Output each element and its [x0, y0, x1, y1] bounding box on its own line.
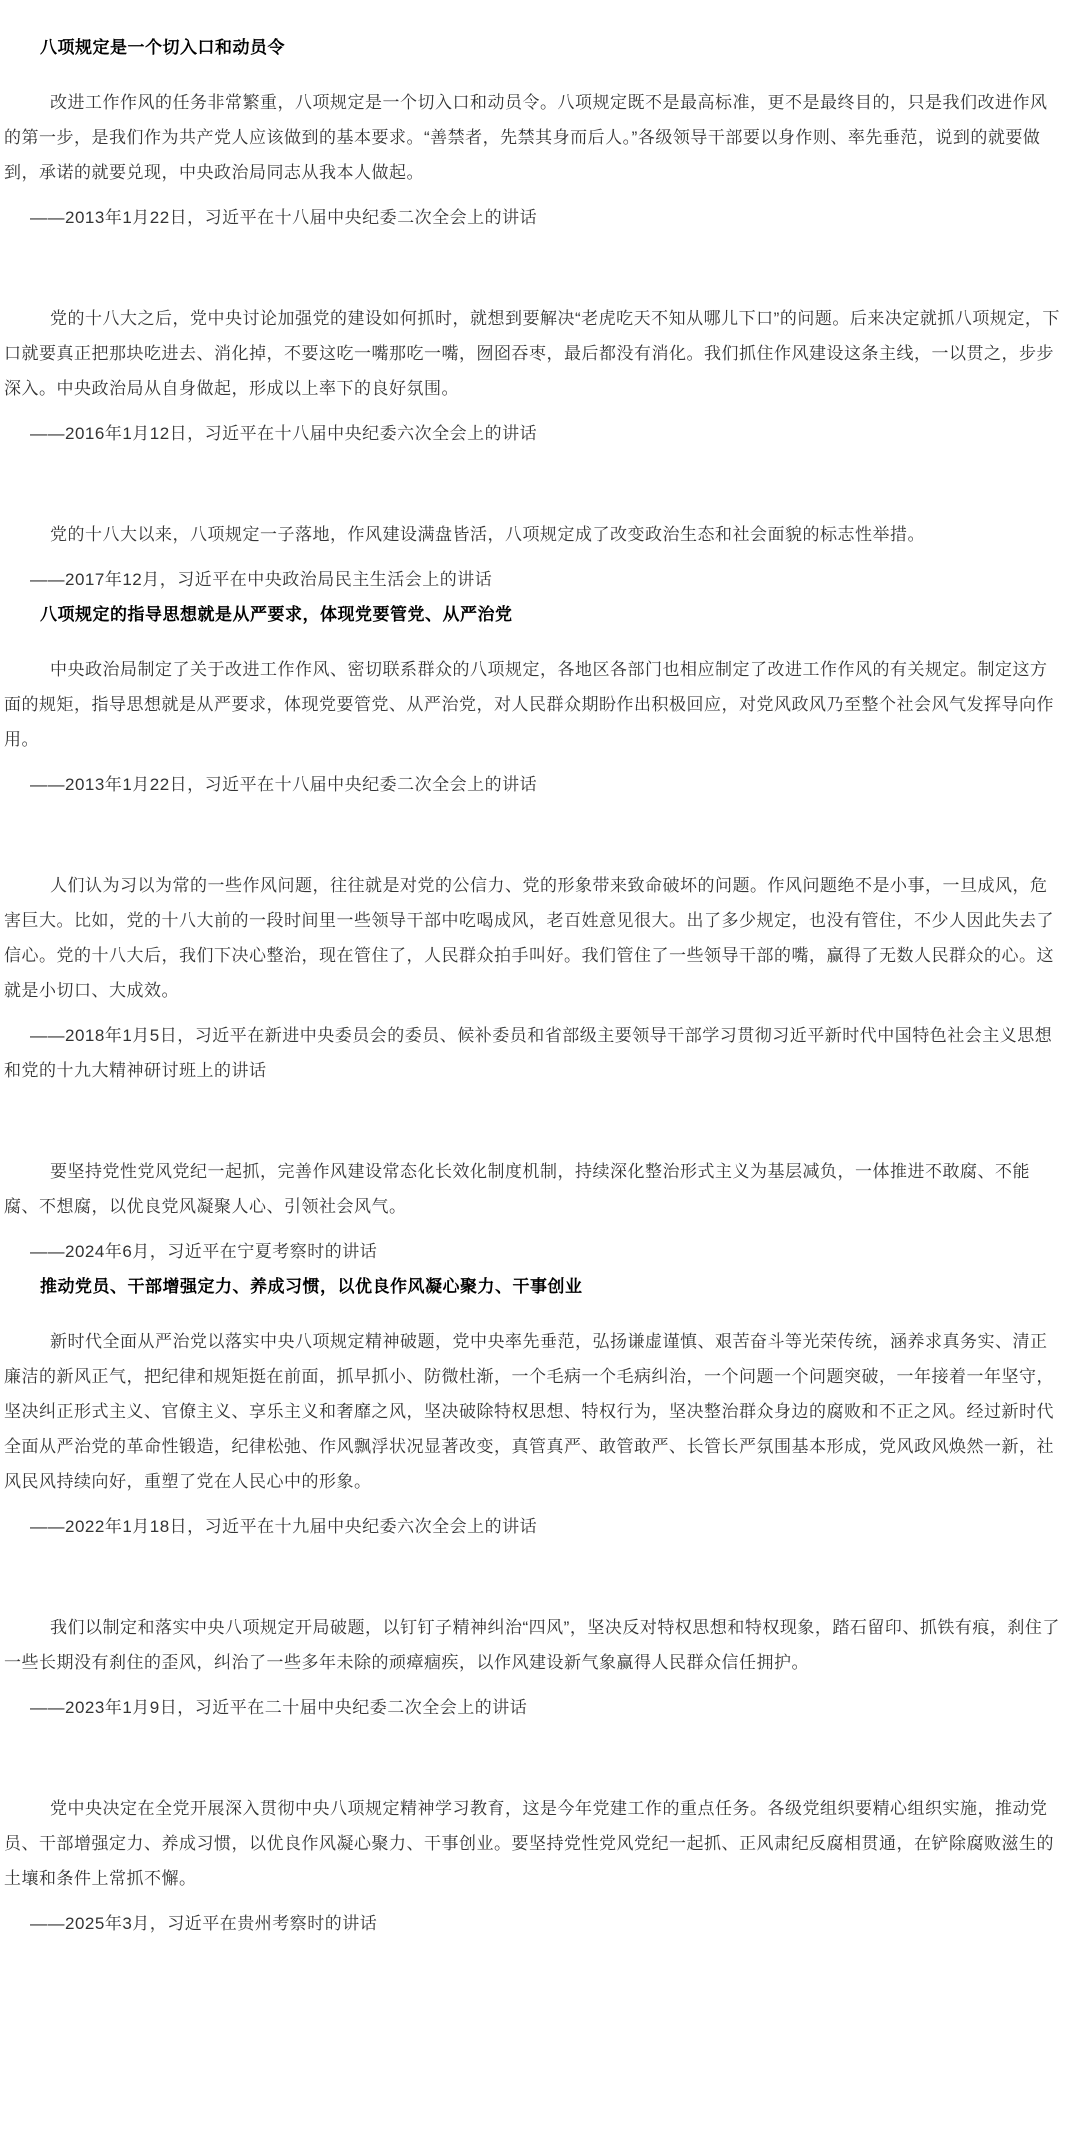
quote-text: 我们以制定和落实中央八项规定开局破题，以钉钉子精神纠治“四风”，坚决反对特权思想…	[4, 1610, 1062, 1680]
quote-source: ——2018年1月5日，习近平在新进中央委员会的委员、候补委员和省部级主要领导干…	[4, 1018, 1062, 1088]
quote-source: ——2017年12月，习近平在中央政治局民主生活会上的讲话	[4, 562, 1062, 597]
quote-block: 党的十八大以来，八项规定一子落地，作风建设满盘皆活，八项规定成了改变政治生态和社…	[4, 517, 1062, 597]
quote-source: ——2025年3月，习近平在贵州考察时的讲话	[4, 1906, 1062, 1941]
quote-source: ——2024年6月，习近平在宁夏考察时的讲话	[4, 1234, 1062, 1269]
quote-text: 人们认为习以为常的一些作风问题，往往就是对党的公信力、党的形象带来致命破坏的问题…	[4, 868, 1062, 1008]
quote-source: ——2013年1月22日，习近平在十八届中央纪委二次全会上的讲话	[4, 200, 1062, 235]
quote-text: 党的十八大以来，八项规定一子落地，作风建设满盘皆活，八项规定成了改变政治生态和社…	[4, 517, 1062, 552]
quote-block: 中央政治局制定了关于改进工作作风、密切联系群众的八项规定，各地区各部门也相应制定…	[4, 652, 1062, 802]
quote-source: ——2016年1月12日，习近平在十八届中央纪委六次全会上的讲话	[4, 416, 1062, 451]
quote-block: 我们以制定和落实中央八项规定开局破题，以钉钉子精神纠治“四风”，坚决反对特权思想…	[4, 1610, 1062, 1725]
document-body: 八项规定是一个切入口和动员令 改进工作作风的任务非常繁重，八项规定是一个切入口和…	[0, 0, 1088, 1941]
quote-text: 中央政治局制定了关于改进工作作风、密切联系群众的八项规定，各地区各部门也相应制定…	[4, 652, 1062, 757]
quote-text: 改进工作作风的任务非常繁重，八项规定是一个切入口和动员令。八项规定既不是最高标准…	[4, 85, 1062, 190]
quote-text: 党中央决定在全党开展深入贯彻中央八项规定精神学习教育，这是今年党建工作的重点任务…	[4, 1791, 1062, 1896]
quote-source: ——2013年1月22日，习近平在十八届中央纪委二次全会上的讲话	[4, 767, 1062, 802]
quote-text: 新时代全面从严治党以落实中央八项规定精神破题，党中央率先垂范，弘扬谦虚谨慎、艰苦…	[4, 1324, 1062, 1499]
section-guiding-ideology: 八项规定的指导思想就是从严要求，体现党要管党、从严治党 中央政治局制定了关于改进…	[4, 597, 1062, 1269]
quote-text: 要坚持党性党风党纪一起抓，完善作风建设常态化长效化制度机制，持续深化整治形式主义…	[4, 1154, 1062, 1224]
quote-block: 人们认为习以为常的一些作风问题，往往就是对党的公信力、党的形象带来致命破坏的问题…	[4, 868, 1062, 1088]
quote-block: 新时代全面从严治党以落实中央八项规定精神破题，党中央率先垂范，弘扬谦虚谨慎、艰苦…	[4, 1324, 1062, 1544]
quote-block: 党的十八大之后，党中央讨论加强党的建设如何抓时，就想到要解决“老虎吃天不知从哪儿…	[4, 301, 1062, 451]
quote-text: 党的十八大之后，党中央讨论加强党的建设如何抓时，就想到要解决“老虎吃天不知从哪儿…	[4, 301, 1062, 406]
section-heading: 推动党员、干部增强定力、养成习惯，以优良作风凝心聚力、干事创业	[40, 1269, 1062, 1304]
section-entry-and-mobilization: 八项规定是一个切入口和动员令 改进工作作风的任务非常繁重，八项规定是一个切入口和…	[4, 30, 1062, 597]
quote-source: ——2022年1月18日，习近平在十九届中央纪委六次全会上的讲话	[4, 1509, 1062, 1544]
quote-block: 党中央决定在全党开展深入贯彻中央八项规定精神学习教育，这是今年党建工作的重点任务…	[4, 1791, 1062, 1941]
quote-block: 改进工作作风的任务非常繁重，八项规定是一个切入口和动员令。八项规定既不是最高标准…	[4, 85, 1062, 235]
quote-source: ——2023年1月9日，习近平在二十届中央纪委二次全会上的讲话	[4, 1690, 1062, 1725]
section-heading: 八项规定是一个切入口和动员令	[40, 30, 1062, 65]
section-strengthen-resolve: 推动党员、干部增强定力、养成习惯，以优良作风凝心聚力、干事创业 新时代全面从严治…	[4, 1269, 1062, 1941]
section-heading: 八项规定的指导思想就是从严要求，体现党要管党、从严治党	[40, 597, 1062, 632]
quote-block: 要坚持党性党风党纪一起抓，完善作风建设常态化长效化制度机制，持续深化整治形式主义…	[4, 1154, 1062, 1269]
